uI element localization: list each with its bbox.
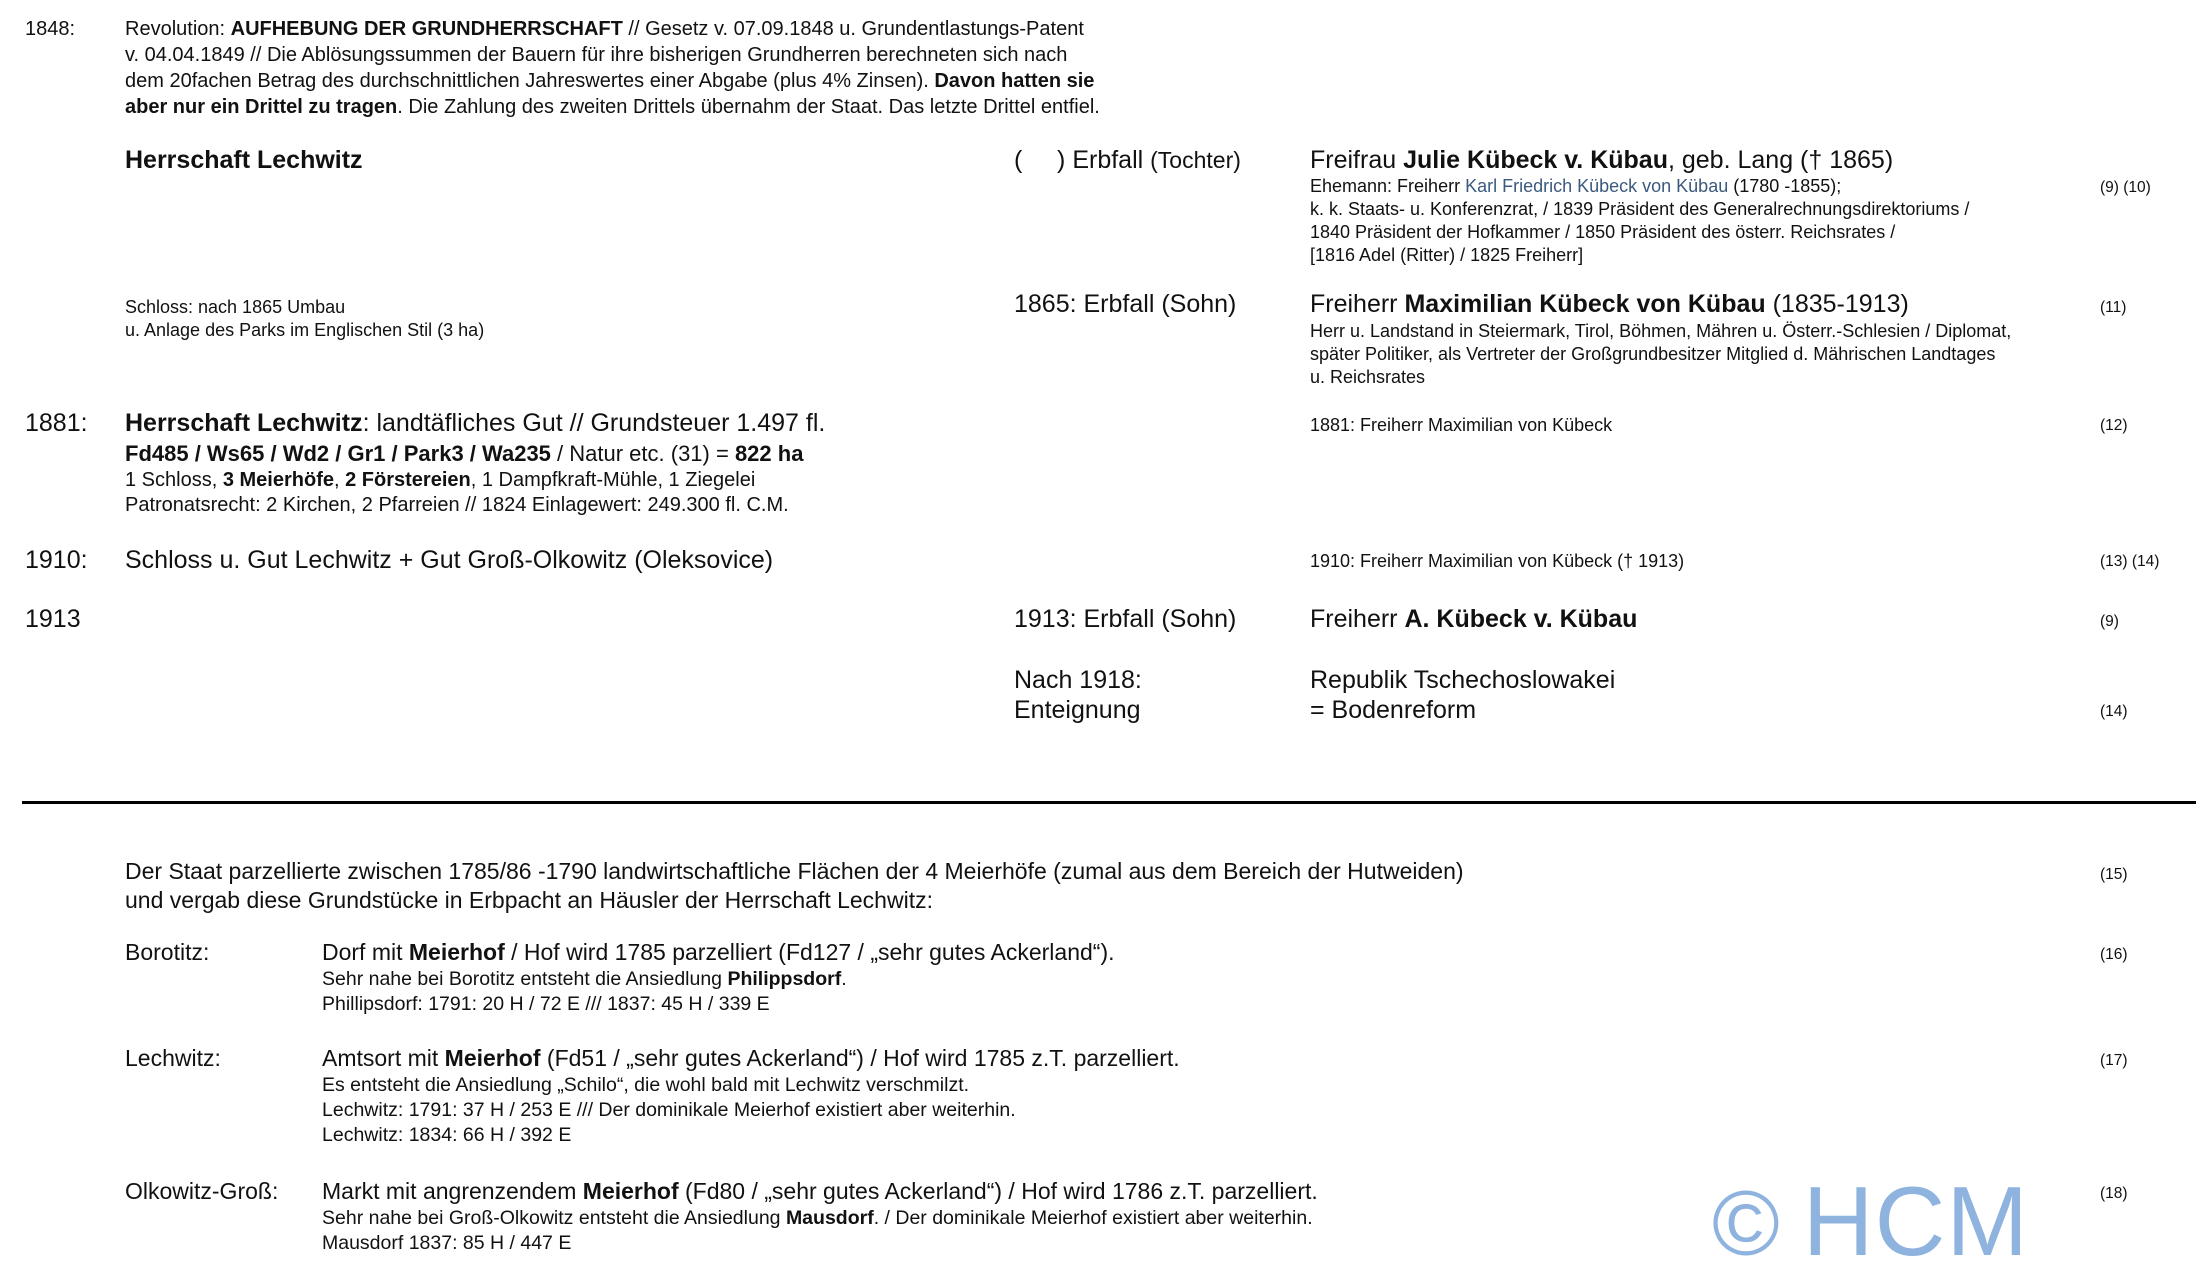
owner-julie-name: Freifrau Julie Kübeck v. Kübau, geb. Lan… bbox=[1310, 145, 1893, 175]
entry-1881-line3: 1 Schloss, 3 Meierhöfe, 2 Förstereien, 1… bbox=[125, 468, 755, 493]
schloss-note-line: u. Anlage des Parks im Englischen Stil (… bbox=[125, 319, 484, 342]
text-line: Revolution: AUFHEBUNG DER GRUNDHERRSCHAF… bbox=[125, 16, 1100, 42]
text-line: k. k. Staats- u. Konferenzrat, / 1839 Pr… bbox=[1310, 198, 1969, 221]
person-link[interactable]: Karl Friedrich Kübeck von Kübau bbox=[1465, 176, 1728, 196]
text-line: u. Reichsrates bbox=[1310, 366, 2011, 389]
entry-1910-text: Schloss u. Gut Lechwitz + Gut Groß-Olkow… bbox=[125, 545, 773, 575]
copyright-icon: © bbox=[1712, 1173, 1781, 1271]
owner-maximilian-name: Freiherr Maximilian Kübeck von Kübau (18… bbox=[1310, 289, 1909, 319]
place-name: Borotitz: bbox=[125, 937, 209, 967]
text-line: v. 04.04.1849 // Die Ablösungssummen der… bbox=[125, 42, 1100, 68]
section-divider bbox=[22, 801, 2196, 804]
event-line: Enteignung bbox=[1014, 695, 1142, 725]
event-erbfall-tochter: ( ) Erbfall (Tochter) bbox=[1014, 145, 1241, 175]
place-name: Olkowitz-Groß: bbox=[125, 1176, 278, 1206]
text-line: Mausdorf 1837: 85 H / 447 E bbox=[322, 1231, 1313, 1256]
refs-1913: (9) bbox=[2100, 612, 2119, 632]
refs-1910: (13) (14) bbox=[2100, 552, 2159, 572]
refs-parcel-intro: (15) bbox=[2100, 865, 2128, 885]
event-erbfall-1913: 1913: Erbfall (Sohn) bbox=[1014, 604, 1236, 634]
year-1913: 1913 bbox=[25, 604, 81, 634]
place-details: Sehr nahe bei Borotitz entsteht die Ansi… bbox=[322, 967, 847, 1017]
event-erbfall-1865: 1865: Erbfall (Sohn) bbox=[1014, 289, 1236, 319]
owner-1913-name: Freiherr A. Kübeck v. Kübau bbox=[1310, 604, 1637, 634]
schloss-note-line: Schloss: nach 1865 Umbau bbox=[125, 296, 484, 319]
copyright-watermark: ©HCM bbox=[1712, 1172, 2029, 1271]
intro-1848: Revolution: AUFHEBUNG DER GRUNDHERRSCHAF… bbox=[125, 16, 1100, 120]
text-line: dem 20fachen Betrag des durchschnittlich… bbox=[125, 68, 1100, 94]
text-line: Ehemann: Freiherr Karl Friedrich Kübeck … bbox=[1310, 175, 1969, 198]
text-line: Sehr nahe bei Borotitz entsteht die Ansi… bbox=[322, 967, 847, 992]
text-line: Lechwitz: 1834: 66 H / 392 E bbox=[322, 1123, 1016, 1148]
refs-1918: (14) bbox=[2100, 702, 2128, 722]
herrschaft-title: Herrschaft Lechwitz bbox=[125, 145, 363, 175]
text-line: Phillipsdorf: 1791: 20 H / 72 E /// 1837… bbox=[322, 992, 847, 1017]
bodenreform-line: = Bodenreform bbox=[1310, 695, 1615, 725]
place-name: Lechwitz: bbox=[125, 1043, 221, 1073]
event-nach-1918: Nach 1918: Enteignung bbox=[1014, 665, 1142, 725]
event-qualifier: (Tochter) bbox=[1150, 147, 1241, 173]
place-refs: (16) bbox=[2100, 945, 2128, 965]
text-line: Sehr nahe bei Groß-Olkowitz entsteht die… bbox=[322, 1206, 1313, 1231]
year-1881: 1881: bbox=[25, 408, 88, 438]
entry-1881-line4: Patronatsrecht: 2 Kirchen, 2 Pfarreien /… bbox=[125, 493, 789, 518]
owner-julie-details: Ehemann: Freiherr Karl Friedrich Kübeck … bbox=[1310, 175, 1969, 267]
text-line: Lechwitz: 1791: 37 H / 253 E /// Der dom… bbox=[322, 1098, 1016, 1123]
refs-owner-maximilian: (11) bbox=[2100, 298, 2126, 318]
watermark-text: HCM bbox=[1803, 1166, 2029, 1271]
place-main-text: Amtsort mit Meierhof (Fd51 / „sehr gutes… bbox=[322, 1043, 1180, 1073]
text-line: 1840 Präsident der Hofkammer / 1850 Präs… bbox=[1310, 221, 1969, 244]
schloss-note: Schloss: nach 1865 Umbau u. Anlage des P… bbox=[125, 296, 484, 342]
text-line: Herr u. Landstand in Steiermark, Tirol, … bbox=[1310, 320, 2011, 343]
owner-1881: 1881: Freiherr Maximilian von Kübeck bbox=[1310, 414, 1612, 437]
place-main-text: Dorf mit Meierhof / Hof wird 1785 parzel… bbox=[322, 937, 1115, 967]
republic-text: Republik Tschechoslowakei = Bodenreform bbox=[1310, 665, 1615, 725]
text-line: aber nur ein Drittel zu tragen. Die Zahl… bbox=[125, 94, 1100, 120]
year-1848: 1848: bbox=[25, 14, 75, 44]
parcel-intro-line: und vergab diese Grundstücke in Erbpacht… bbox=[125, 886, 1464, 915]
parcel-intro-line: Der Staat parzellierte zwischen 1785/86 … bbox=[125, 857, 1464, 886]
text-line: später Politiker, als Vertreter der Groß… bbox=[1310, 343, 2011, 366]
event-line: Nach 1918: bbox=[1014, 665, 1142, 695]
entry-1881-line1: Herrschaft Lechwitz: landtäfliches Gut /… bbox=[125, 408, 825, 438]
place-refs: (17) bbox=[2100, 1051, 2128, 1071]
refs-1881: (12) bbox=[2100, 416, 2128, 436]
place-refs: (18) bbox=[2100, 1184, 2128, 1204]
parcel-intro: Der Staat parzellierte zwischen 1785/86 … bbox=[125, 857, 1464, 915]
entry-1881-line2: Fd485 / Ws65 / Wd2 / Gr1 / Park3 / Wa235… bbox=[125, 441, 803, 467]
owner-maximilian-details: Herr u. Landstand in Steiermark, Tirol, … bbox=[1310, 320, 2011, 389]
republic-line: Republik Tschechoslowakei bbox=[1310, 665, 1615, 695]
place-main-text: Markt mit angrenzendem Meierhof (Fd80 / … bbox=[322, 1176, 1318, 1206]
year-1910: 1910: bbox=[25, 545, 88, 575]
event-text: ( ) Erbfall bbox=[1014, 146, 1150, 174]
text-line: [1816 Adel (Ritter) / 1825 Freiherr] bbox=[1310, 244, 1969, 267]
place-details: Sehr nahe bei Groß-Olkowitz entsteht die… bbox=[322, 1206, 1313, 1256]
text-line: Es entsteht die Ansiedlung „Schilo“, die… bbox=[322, 1073, 1016, 1098]
owner-1910: 1910: Freiherr Maximilian von Kübeck († … bbox=[1310, 550, 1684, 573]
refs-owner-julie: (9) (10) bbox=[2100, 178, 2151, 198]
place-details: Es entsteht die Ansiedlung „Schilo“, die… bbox=[322, 1073, 1016, 1148]
